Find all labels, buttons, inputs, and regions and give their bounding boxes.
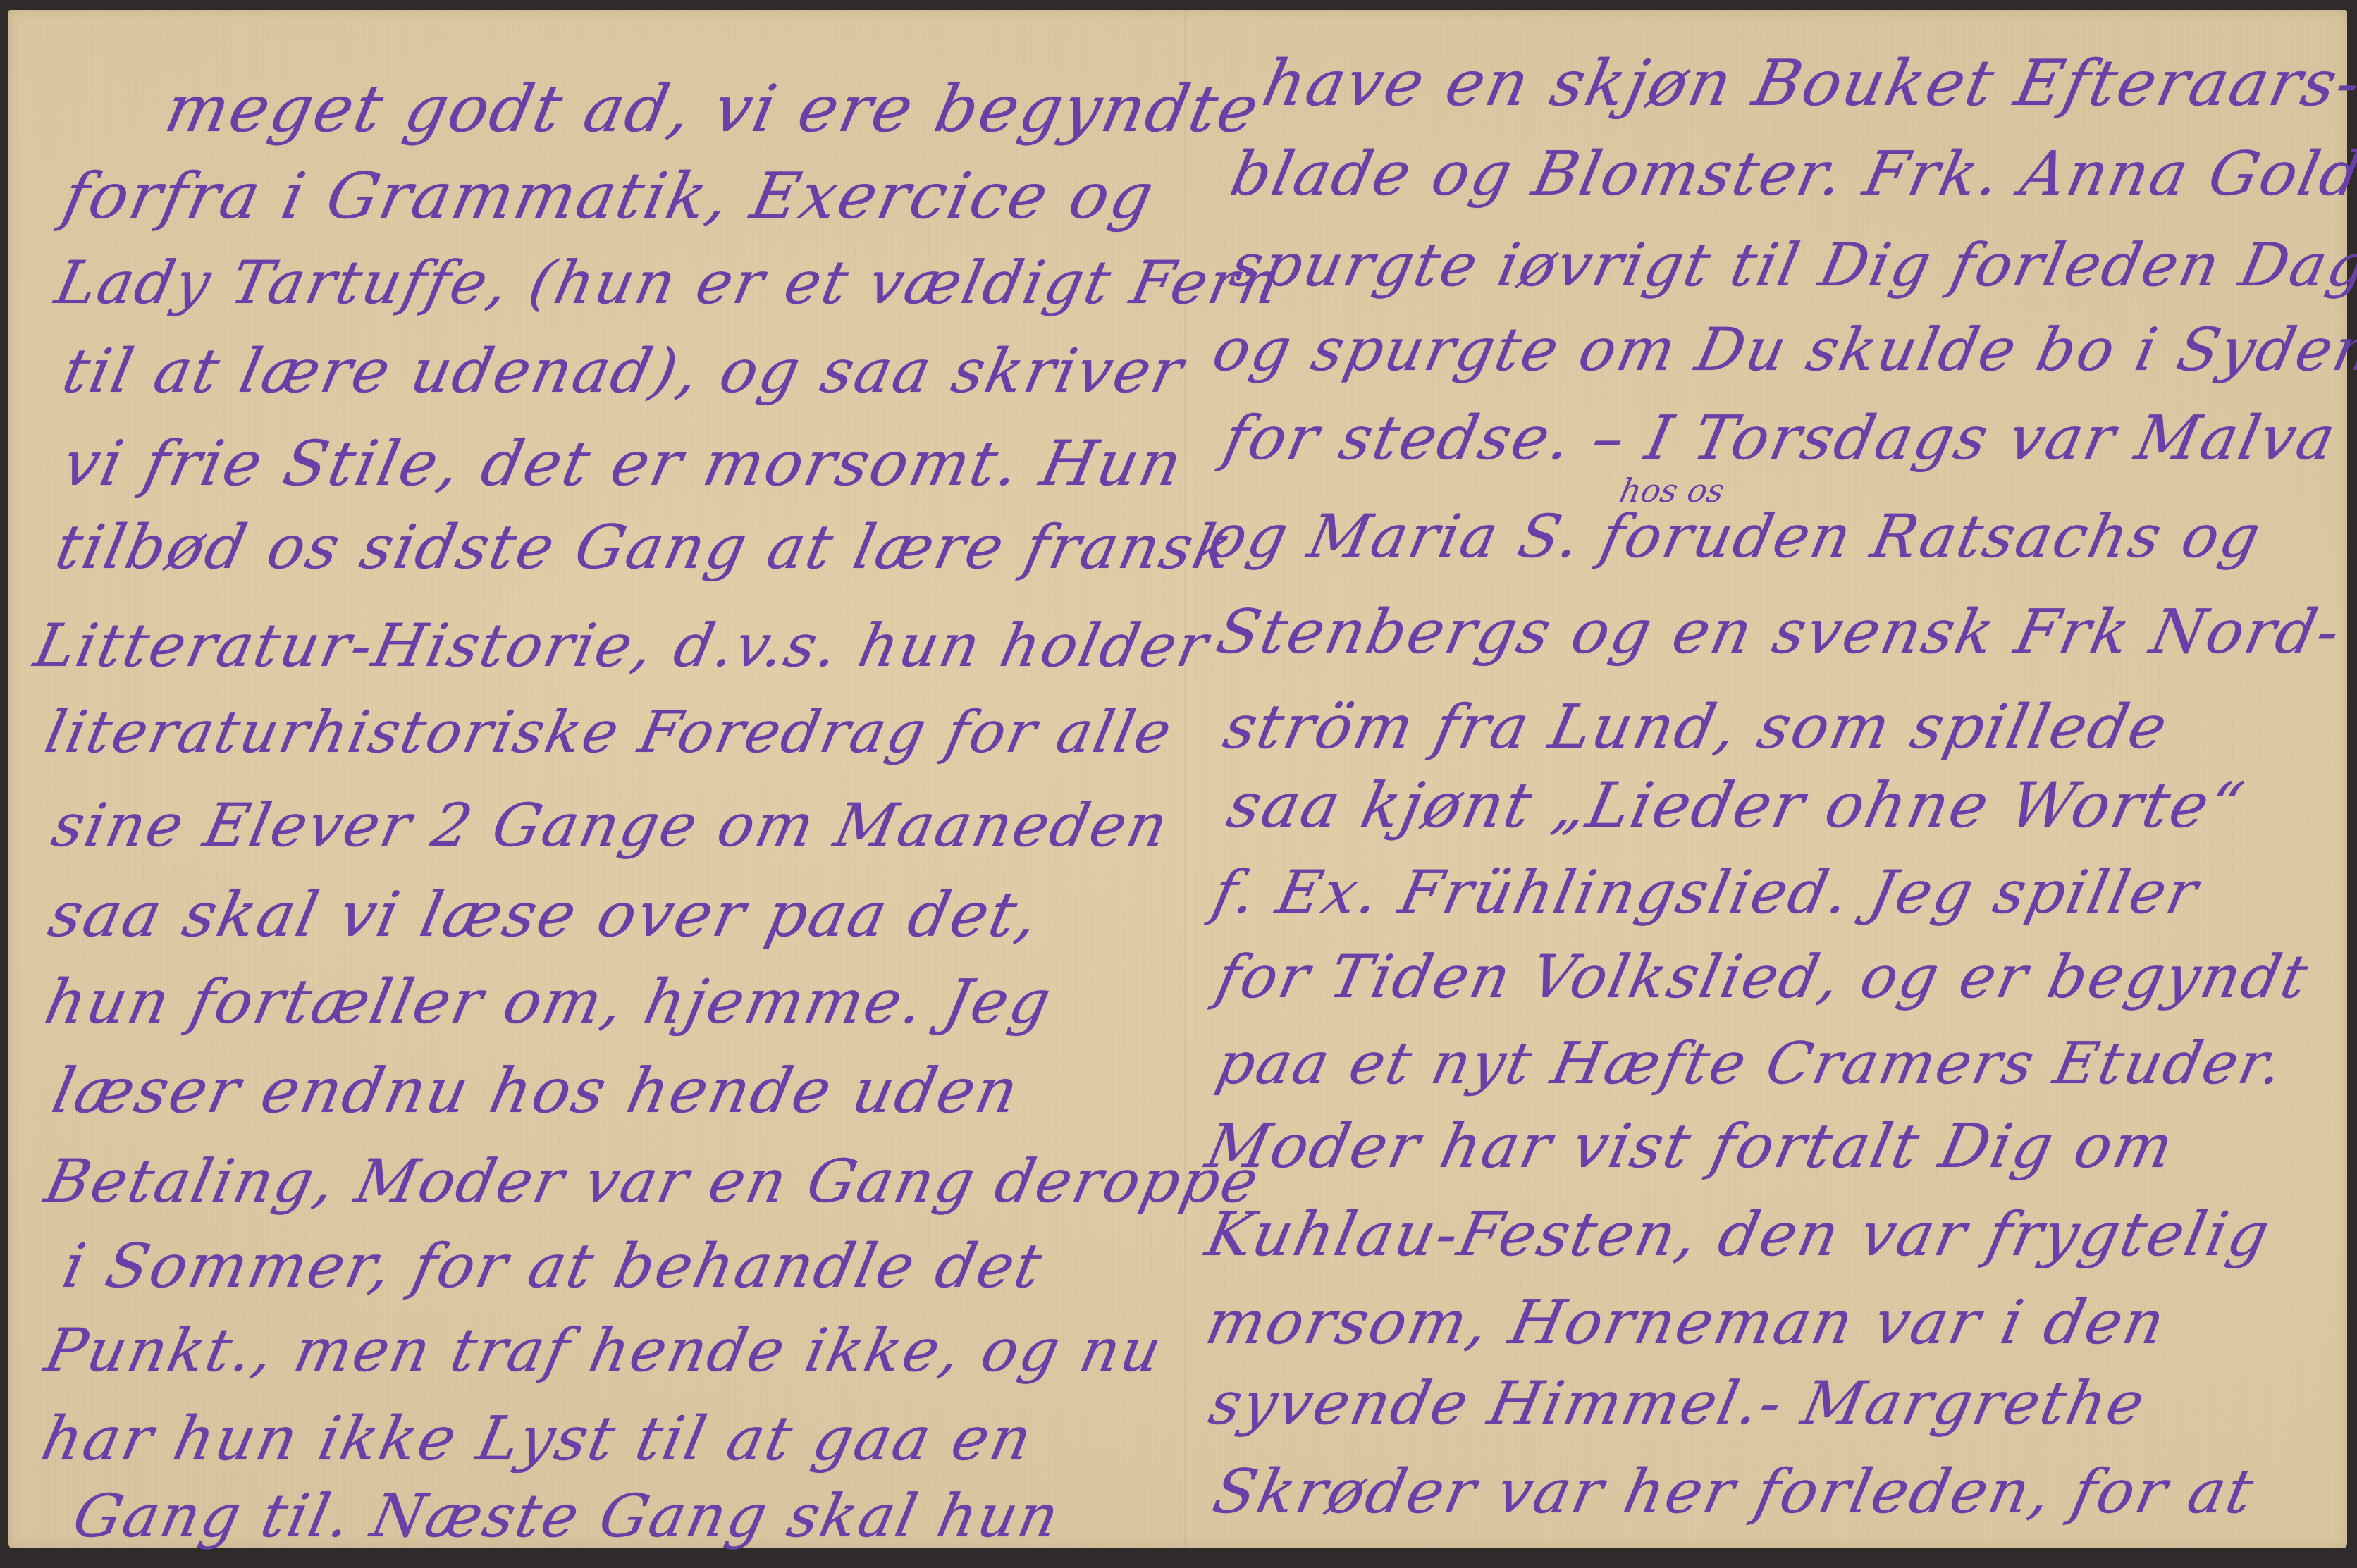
left-line-16: har hun ikke Lyst til at gaa en (37, 1409, 1038, 1469)
right-line-10: f. Ex. Frühlingslied. Jeg spiller (1208, 863, 2205, 922)
right-page: have en skjøn Bouket Efteraars- blade og… (1187, 10, 2347, 1548)
right-line-13: Moder har vist fortalt Dig om (1201, 1116, 2180, 1177)
left-line-9: sine Elever 2 Gange om Maaneden (47, 796, 1174, 855)
left-line-17: Gang til. Næste Gang skal hun (68, 1486, 1066, 1545)
right-line-5: for stedse. – I Torsdags var Malva (1219, 408, 2342, 469)
left-line-13: Betaling, Moder var en Gang deroppe (40, 1152, 1265, 1211)
right-line-12: paa et nyt Hæfte Cramers Etuder. (1212, 1035, 2289, 1093)
right-line-8: ström fra Lund, som spillede (1219, 697, 2174, 758)
left-line-3: Lady Tartuffe, (hun er et vældigt Fern (51, 253, 1286, 312)
left-line-14: i Sommer, for at behandle det (58, 1236, 1049, 1297)
center-fold (1184, 10, 1186, 1548)
left-line-12: læser endnu hos hende uden (47, 1060, 1026, 1122)
left-line-7: Litteratur-Historie, d.v.s. hun holder (30, 616, 1214, 675)
right-line-4: og spurgte om Du skulde bo i Syden (1208, 320, 2357, 379)
right-line-15: morsom, Horneman var i den (1201, 1292, 2172, 1353)
right-line-9: saa kjønt „Lieder ohne Worte“ (1222, 774, 2250, 837)
letter-sheet: meget godt ad, vi ere begyndte forfra i … (8, 10, 2347, 1548)
right-line-2: blade og Blomster. Frk. Anna Goldm. (1226, 144, 2357, 204)
right-line-17: Skrøder var her forleden, for at (1208, 1462, 2260, 1522)
left-line-15: Punkt., men traf hende ikke, og nu (40, 1321, 1168, 1380)
left-line-1: meget godt ad, vi ere begyndte (160, 77, 1266, 142)
left-line-8: literaturhistoriske Foredrag for alle (40, 704, 1178, 762)
right-line-6: og Maria S. foruden Ratsachs og (1205, 507, 2267, 566)
left-line-10: saa skal vi læse over paa det, (44, 884, 1046, 946)
right-line-16: syvende Himmel.- Margrethe (1205, 1373, 2151, 1433)
left-line-4: til at lære udenad), og saa skriver (58, 341, 1190, 402)
left-line-2: forfra i Grammatik, Exercice og (58, 165, 1160, 228)
right-line-14: Kuhlau-Festen, den var frygtelig (1201, 1204, 2276, 1265)
right-line-1: have en skjøn Bouket Efteraars- (1257, 52, 2357, 116)
right-line-7: Stenbergs og en svensk Frk Nord- (1212, 602, 2346, 662)
left-page: meget godt ad, vi ere begyndte forfra i … (8, 10, 1184, 1548)
left-line-11: hun fortæller om, hjemme. Jeg (40, 972, 1057, 1032)
right-line-3: spurgte iøvrigt til Dig forleden Dag, (1226, 235, 2357, 295)
right-line-11: for Tiden Volkslied, og er begyndt (1212, 947, 2315, 1006)
left-line-5: vi frie Stile, det er morsomt. Hun (58, 433, 1189, 495)
left-line-6: tilbød os sidste Gang at lære fransk (51, 517, 1239, 578)
